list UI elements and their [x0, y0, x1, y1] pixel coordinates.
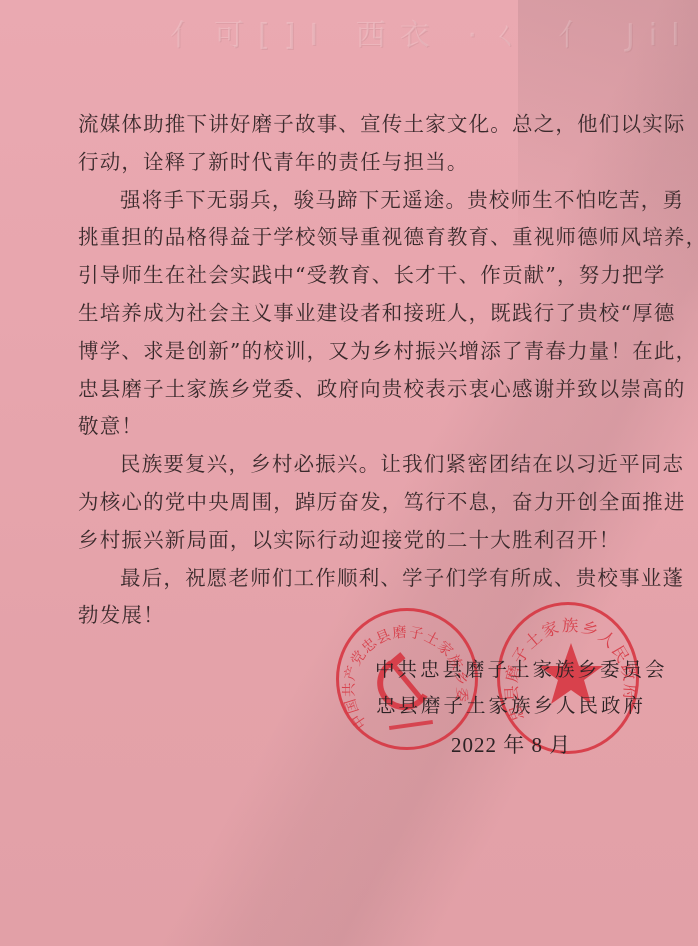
body-line: 民族要复兴，乡村必振兴。让我们紧密团结在以习近平同志 — [78, 446, 638, 484]
letter-body: 流媒体助推下讲好磨子故事、宣传土家文化。总之，他们以实际 行动，诠释了新时代青年… — [78, 106, 638, 635]
body-line: 强将手下无弱兵，骏马蹄下无遥途。贵校师生不怕吃苦，勇 — [78, 182, 638, 220]
body-line: 行动，诠释了新时代青年的责任与担当。 — [78, 144, 638, 182]
body-line: 挑重担的品格得益于学校领导重视德育教育、重视师德师风培养， — [78, 219, 638, 257]
body-line: 博学、求是创新”的校训，又为乡村振兴增添了青春力量！在此， — [78, 333, 638, 371]
signature-government: 忠县磨子土家族乡人民政府 — [376, 690, 646, 718]
body-line: 生培养成为社会主义事业建设者和接班人，既践行了贵校“厚德 — [78, 295, 638, 333]
signature-date: 2022 年 8 月 — [451, 729, 571, 759]
signature-party-committee: 中共忠县磨子土家族乡委员会 — [375, 654, 668, 682]
body-line: 忠县磨子土家族乡党委、政府向贵校表示衷心感谢并致以崇高的 — [78, 371, 638, 409]
body-line: 敬意！ — [78, 408, 638, 446]
body-line: 流媒体助推下讲好磨子故事、宣传土家文化。总之，他们以实际 — [78, 106, 638, 144]
embossed-header: 亻可[]I 西衣 ·ㄑ 亻 Jil — [170, 10, 590, 52]
body-line: 最后，祝愿老师们工作顺利、学子们学有所成、贵校事业蓬 — [78, 560, 638, 598]
body-line: 乡村振兴新局面，以实际行动迎接党的二十大胜利召开！ — [78, 522, 638, 560]
body-line: 引导师生在社会实践中“受教育、长才干、作贡献”，努力把学 — [78, 257, 638, 295]
body-line: 为核心的党中央周围，踔厉奋发，笃行不息，奋力开创全面推进 — [78, 484, 638, 522]
